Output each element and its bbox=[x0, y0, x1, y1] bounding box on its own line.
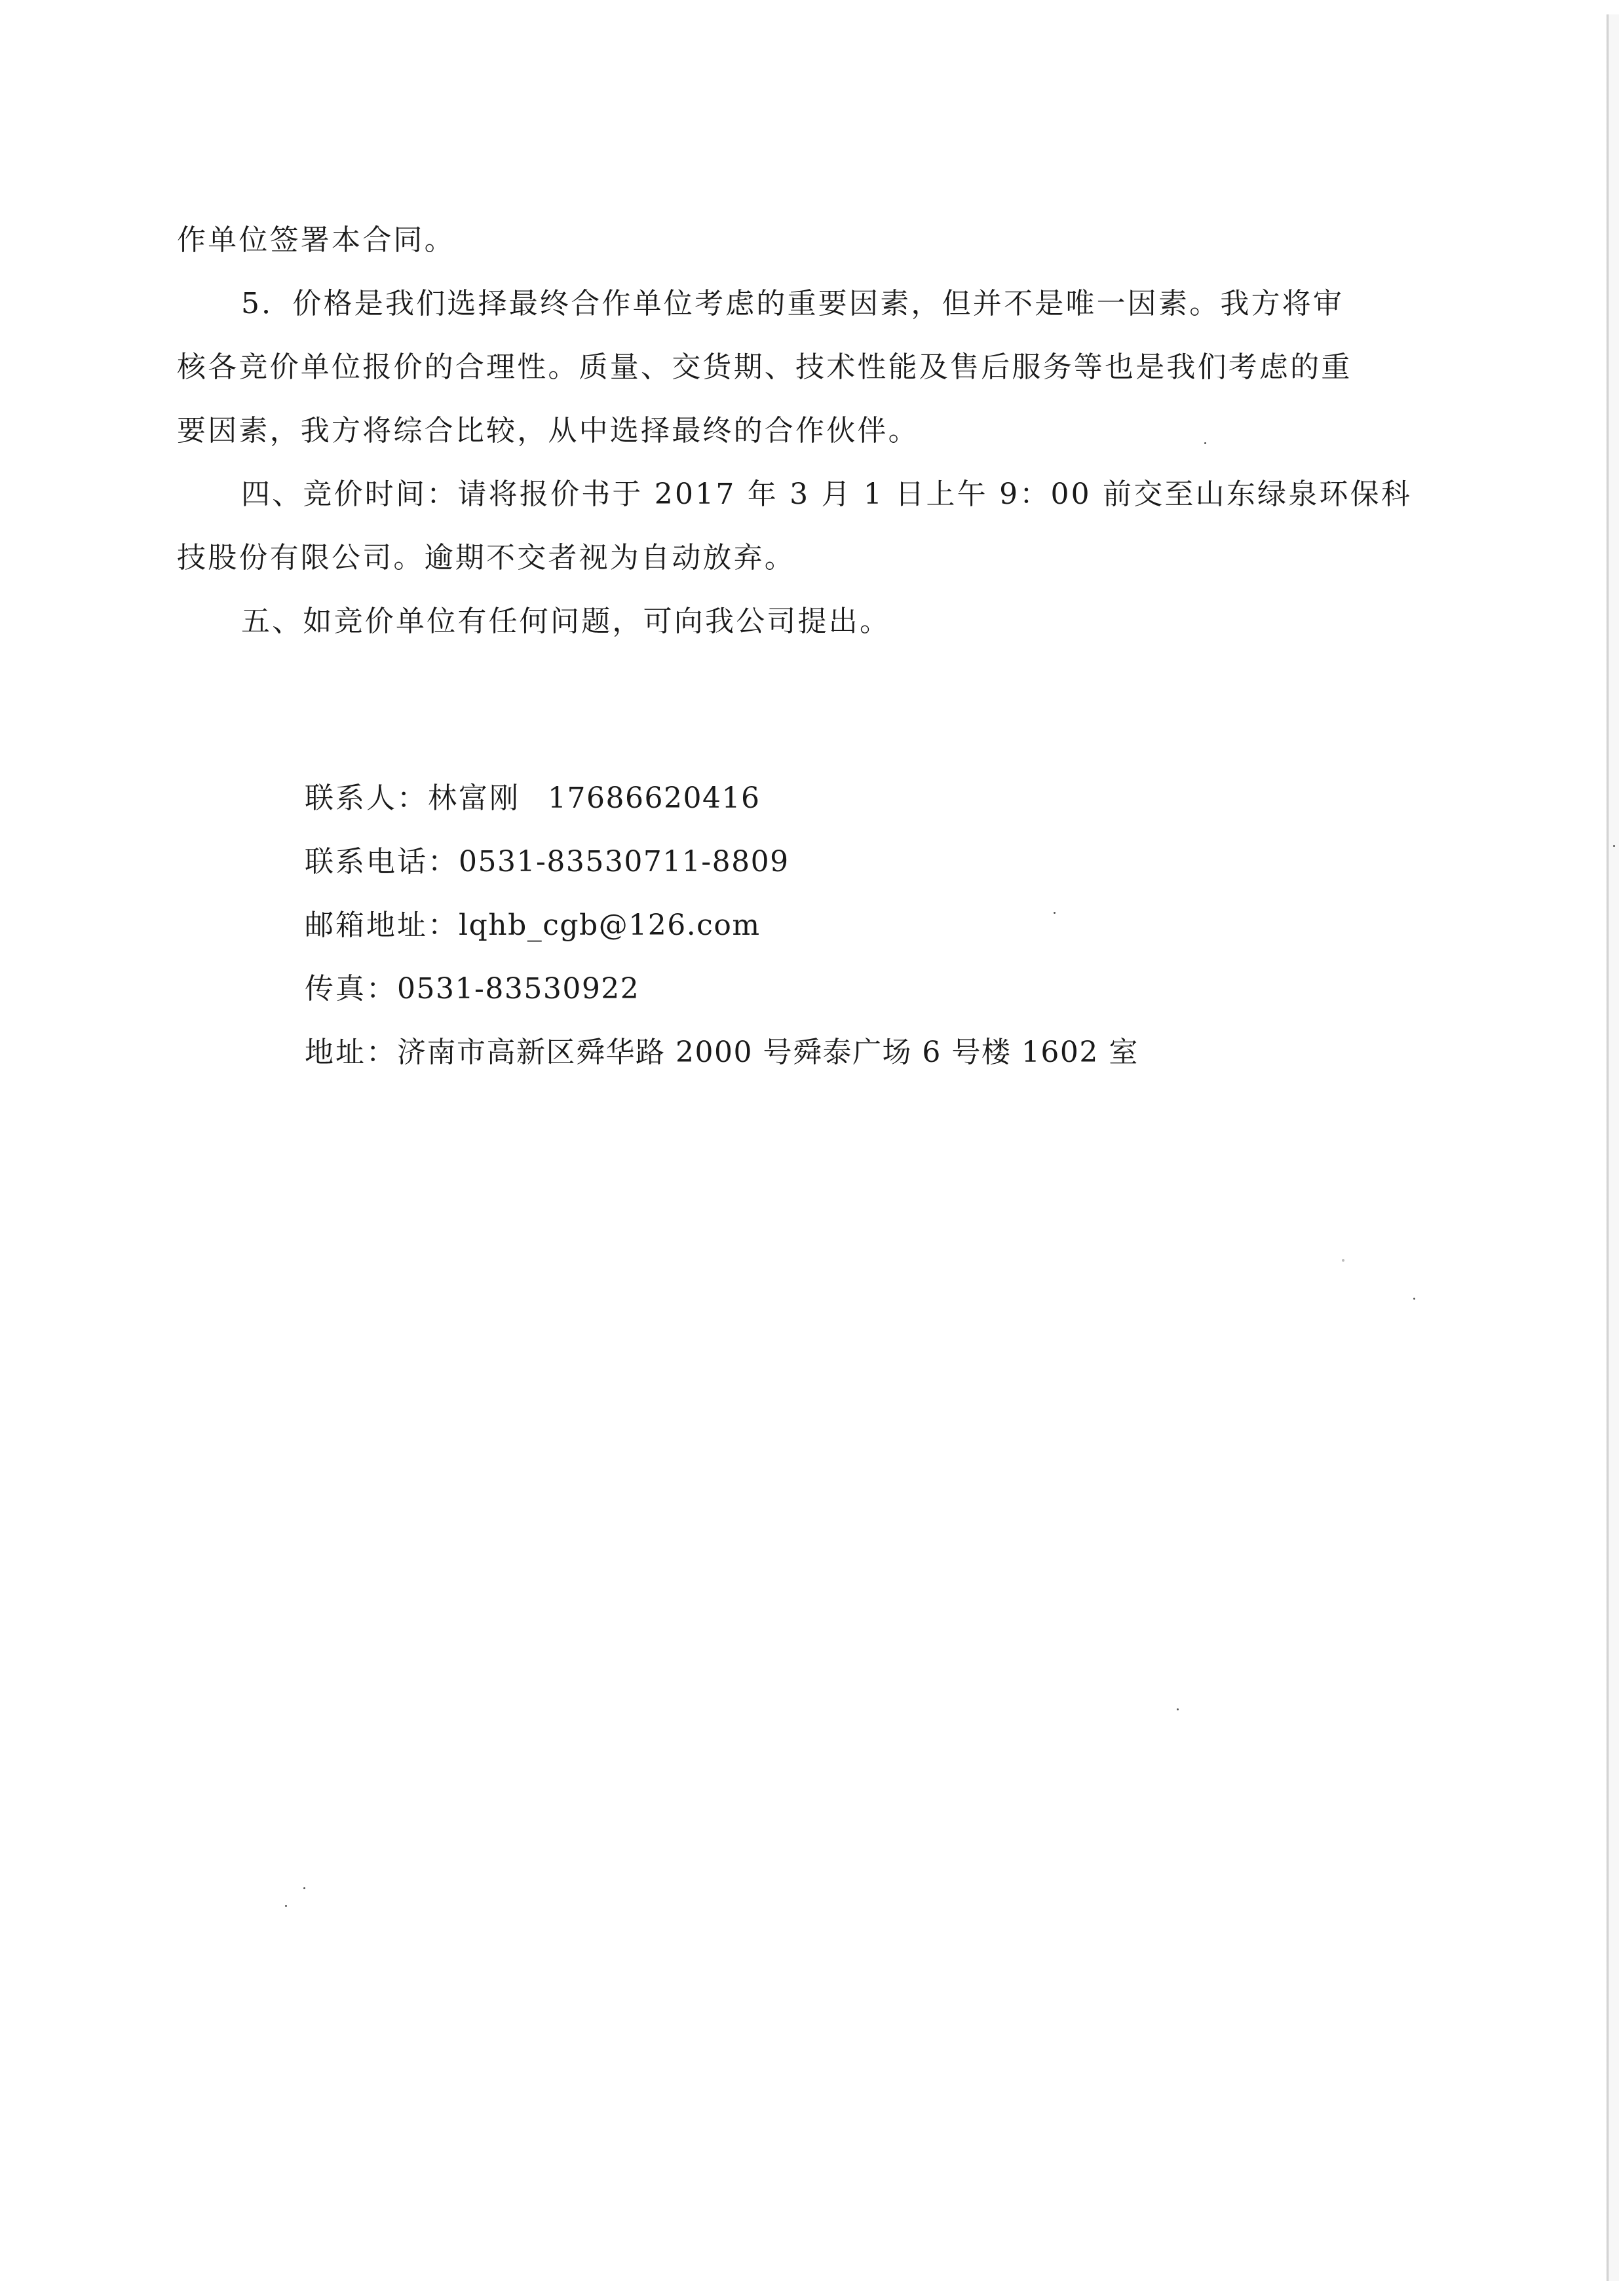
contact-address-row: 地址：济南市高新区舜华路 2000 号舜泰广场 6 号楼 1602 室 bbox=[305, 1021, 1139, 1084]
contact-address-label: 地址： bbox=[305, 1036, 397, 1069]
scan-speck bbox=[303, 1887, 305, 1889]
paragraph-item-5-line-2: 核各竞价单位报价的合理性。质量、交货期、技术性能及售后服务等也是我们考虑的重 bbox=[177, 335, 1409, 399]
contact-email-value: lqhb_cgb@126.com bbox=[459, 909, 761, 942]
paragraph-continuation-line-1: 作单位签署本合同。 bbox=[177, 208, 1409, 272]
paragraph-bid-time-line-1: 四、竞价时间：请将报价书于 2017 年 3 月 1 日上午 9：00 前交至山… bbox=[177, 462, 1409, 526]
contact-fax-row: 传真：0531-83530922 bbox=[305, 957, 1139, 1021]
scan-speck bbox=[1613, 845, 1615, 847]
paragraph-questions-line-1: 五、如竞价单位有任何问题，可向我公司提出。 bbox=[177, 590, 1409, 653]
scan-speck bbox=[1177, 1708, 1179, 1710]
contact-fax-value: 0531-83530922 bbox=[397, 972, 639, 1006]
scan-speck bbox=[1054, 912, 1056, 914]
paragraph-item-5-line-3: 要因素，我方将综合比较，从中选择最终的合作伙伴。 bbox=[177, 399, 1409, 462]
contact-phone-value: 0531-83530711-8809 bbox=[459, 845, 790, 878]
contact-person-name: 林富刚 bbox=[428, 781, 520, 815]
scan-speck bbox=[1342, 1259, 1344, 1262]
scan-speck bbox=[1204, 442, 1206, 444]
contact-email-label: 邮箱地址： bbox=[305, 909, 459, 942]
body-text: 作单位签署本合同。 5．价格是我们选择最终合作单位考虑的重要因素，但并不是唯一因… bbox=[177, 208, 1409, 653]
scan-speck bbox=[1413, 1298, 1415, 1300]
contact-person-phone: 17686620416 bbox=[548, 781, 760, 815]
contact-address-value: 济南市高新区舜华路 2000 号舜泰广场 6 号楼 1602 室 bbox=[397, 1036, 1139, 1069]
contact-person-row: 联系人：林富刚17686620416 bbox=[305, 766, 1139, 830]
scan-speck bbox=[285, 1905, 287, 1907]
contact-block: 联系人：林富刚17686620416 联系电话：0531-83530711-88… bbox=[305, 766, 1139, 1084]
scan-speck bbox=[227, 419, 229, 421]
contact-email-row: 邮箱地址：lqhb_cgb@126.com bbox=[305, 894, 1139, 957]
paragraph-item-5-line-1: 5．价格是我们选择最终合作单位考虑的重要因素，但并不是唯一因素。我方将审 bbox=[177, 272, 1409, 335]
contact-person-label: 联系人： bbox=[305, 781, 428, 815]
paragraph-bid-time-line-2: 技股份有限公司。逾期不交者视为自动放弃。 bbox=[177, 526, 1409, 590]
contact-phone-label: 联系电话： bbox=[305, 845, 459, 878]
contact-phone-row: 联系电话：0531-83530711-8809 bbox=[305, 830, 1139, 894]
contact-fax-label: 传真： bbox=[305, 972, 397, 1006]
document-page: 作单位签署本合同。 5．价格是我们选择最终合作单位考虑的重要因素，但并不是唯一因… bbox=[0, 0, 1619, 2296]
scan-edge-shade bbox=[1609, 14, 1619, 2281]
